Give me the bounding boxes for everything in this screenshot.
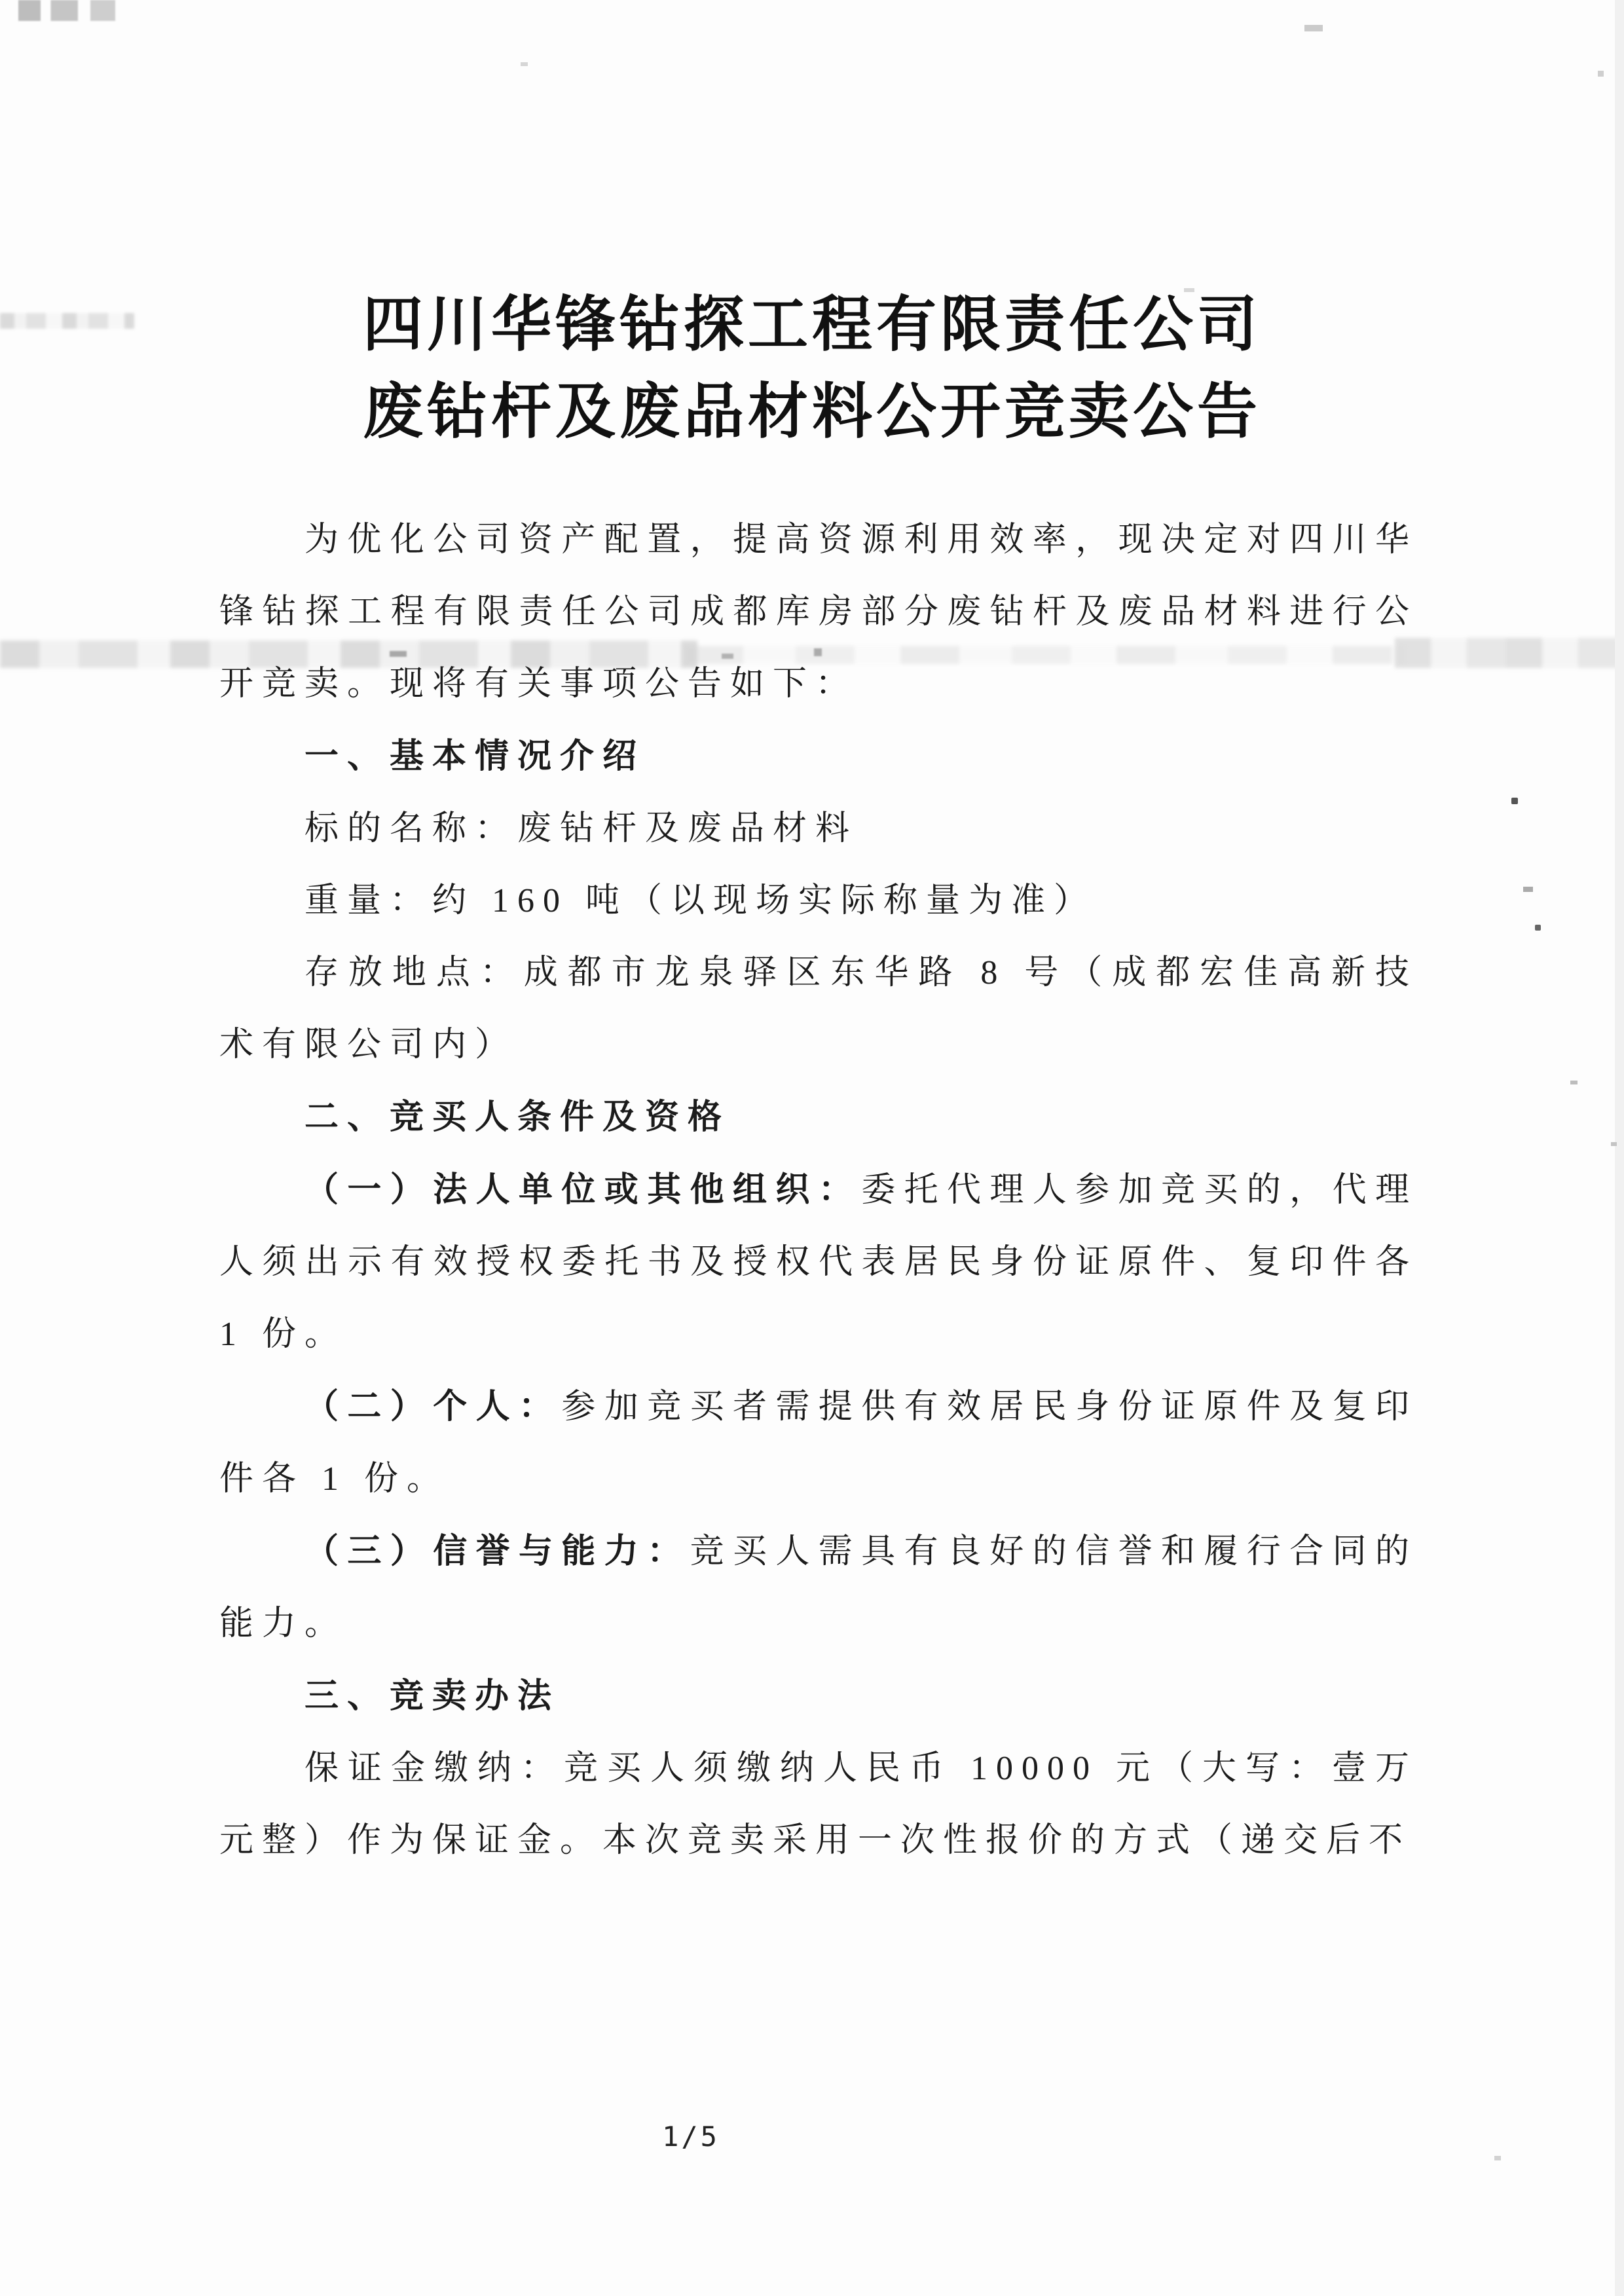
paragraph-lead-in: 三、竞卖办法	[304, 1677, 560, 1715]
document-title: 四川华锋钻探工程有限责任公司 废钻杆及废品材料公开竞卖公告	[0, 282, 1624, 456]
paragraph-text: 为优化公司资产配置，提高资源利用效率，现决定对四川华锋钻探工程有限责任公司成都库…	[219, 521, 1418, 703]
scan-artifact-speck	[1535, 925, 1541, 931]
paragraph: （一）法人单位或其他组织：委托代理人参加竞买的，代理人须出示有效授权委托书及授权…	[219, 1154, 1418, 1371]
paragraph-lead-in: 一、基本情况介绍	[304, 737, 645, 775]
paragraph: （三）信誉与能力：竞买人需具有良好的信誉和履行合同的能力。	[219, 1515, 1418, 1660]
document-page: 四川华锋钻探工程有限责任公司 废钻杆及废品材料公开竞卖公告 为优化公司资产配置，…	[0, 0, 1624, 2296]
paragraph: 保证金缴纳：竞买人须缴纳人民币 10000 元（大写：壹万元整）作为保证金。本次…	[219, 1733, 1418, 1877]
paragraph-text: 重量：约 160 吨（以现场实际称量为准）	[304, 882, 1096, 919]
section-heading: 一、基本情况介绍	[219, 720, 1418, 793]
document-body: 为优化公司资产配置，提高资源利用效率，现决定对四川华锋钻探工程有限责任公司成都库…	[219, 504, 1418, 1877]
title-line-1: 四川华锋钻探工程有限责任公司	[0, 282, 1624, 369]
paragraph: 存放地点：成都市龙泉驿区东华路 8 号（成都宏佳高新技术有限公司内）	[219, 937, 1418, 1081]
scan-artifact-corner-smudge	[18, 0, 143, 21]
scan-artifact-speck	[1494, 2156, 1501, 2160]
scan-artifact-speck	[1523, 887, 1533, 892]
paragraph-lead-in: （一）法人单位或其他组织：	[304, 1171, 861, 1209]
scan-artifact-speck	[1304, 25, 1323, 31]
paragraph: 重量：约 160 吨（以现场实际称量为准）	[219, 865, 1418, 937]
paragraph-text: 存放地点：成都市龙泉驿区东华路 8 号（成都宏佳高新技术有限公司内）	[219, 954, 1418, 1064]
section-heading: 二、竞买人条件及资格	[219, 1081, 1418, 1154]
paragraph-lead-in: （三）信誉与能力：	[304, 1532, 690, 1570]
page-number: 1/5	[625, 2120, 756, 2153]
scan-artifact-speck	[1598, 71, 1604, 77]
scan-artifact-speck	[1570, 1081, 1578, 1084]
scan-artifact-speck	[521, 62, 528, 66]
section-heading: 三、竞卖办法	[219, 1660, 1418, 1733]
paragraph: 为优化公司资产配置，提高资源利用效率，现决定对四川华锋钻探工程有限责任公司成都库…	[219, 504, 1418, 720]
title-line-2: 废钻杆及废品材料公开竞卖公告	[0, 369, 1624, 456]
scan-artifact-noise-band	[1395, 638, 1624, 668]
paragraph-text: 保证金缴纳：竞买人须缴纳人民币 10000 元（大写：壹万元整）作为保证金。本次…	[219, 1750, 1418, 1859]
paragraph: （二）个人：参加竞买者需提供有效居民身份证原件及复印件各 1 份。	[219, 1371, 1418, 1515]
paragraph: 标的名称：废钻杆及废品材料	[219, 793, 1418, 865]
paragraph-text: 标的名称：废钻杆及废品材料	[304, 810, 858, 847]
paragraph-lead-in: （二）个人：	[304, 1388, 561, 1426]
scan-artifact-speck	[1611, 1142, 1617, 1146]
scan-artifact-speck	[1511, 798, 1518, 804]
paragraph-lead-in: 二、竞买人条件及资格	[304, 1098, 730, 1136]
